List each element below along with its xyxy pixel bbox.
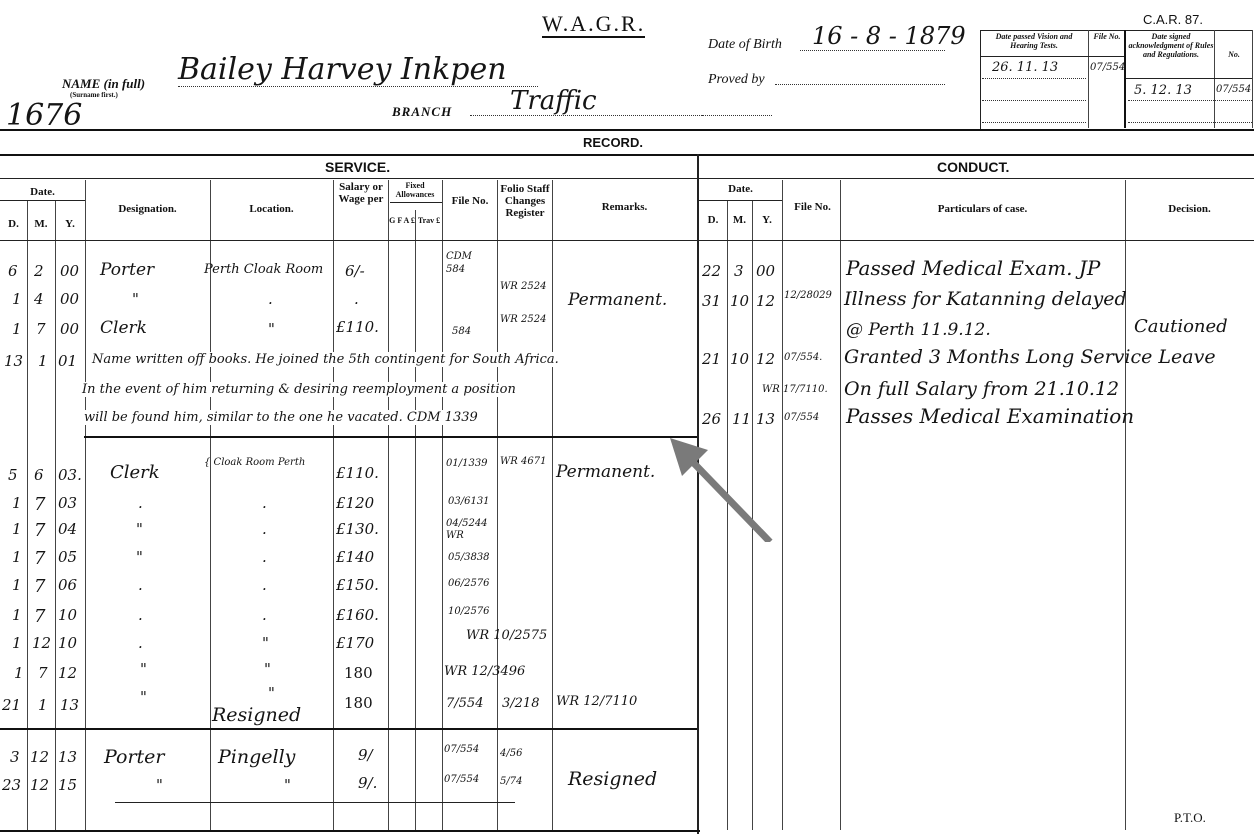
extra-field-line bbox=[702, 115, 772, 116]
folio-header: Folio Staff Changes Register bbox=[498, 183, 552, 219]
proved-by-field-line bbox=[775, 84, 945, 85]
gfa-header: G F A £ bbox=[389, 216, 415, 225]
svc-col-m bbox=[55, 200, 56, 830]
svc-row-5-salary: £120 bbox=[336, 494, 374, 512]
svc-row-7-location: . bbox=[262, 548, 267, 566]
svc-row-4-d: 5 bbox=[8, 466, 18, 484]
svc-row-15-m: 12 bbox=[30, 776, 49, 794]
svc-row-5-designation: . bbox=[138, 494, 143, 512]
bottom-rule bbox=[0, 830, 700, 832]
cnd-row-0-m: 3 bbox=[734, 262, 744, 280]
svc-date-subrule bbox=[0, 200, 85, 201]
svc-row-10-y: 10 bbox=[58, 634, 77, 652]
svc-col-gfa bbox=[415, 210, 416, 830]
svc-row-11-d: 1 bbox=[14, 664, 24, 682]
svc-row-2-y: 00 bbox=[60, 320, 79, 338]
svc-row-9-salary: £160. bbox=[336, 606, 379, 624]
svc-row-1-designation: " bbox=[132, 290, 139, 308]
svc-row-8-location: . bbox=[262, 576, 267, 594]
svc-row-15-location: " bbox=[284, 776, 291, 794]
dob-value[interactable]: 16 - 8 - 1879 bbox=[812, 22, 966, 50]
cnd-row-5-d: 26 bbox=[702, 410, 721, 428]
svc-row-11-y: 12 bbox=[58, 664, 77, 682]
cnd-row-5-m: 11 bbox=[732, 410, 751, 428]
svc-row-7-designation: " bbox=[136, 548, 143, 566]
svc-row-3-m: 1 bbox=[38, 352, 48, 370]
cnd-row-1-particulars: Illness for Katanning delayed bbox=[844, 288, 1127, 310]
svc-row-6-d: 1 bbox=[12, 520, 22, 538]
final-underline bbox=[115, 802, 515, 803]
tests-line-4 bbox=[1128, 100, 1252, 101]
svc-row-8-d: 1 bbox=[12, 576, 22, 594]
cnd-row-1-file: 12/28029 bbox=[784, 290, 832, 301]
svc-row-12-y: 13 bbox=[60, 696, 79, 714]
svc-row-14-m: 12 bbox=[30, 748, 49, 766]
svc-row-7-salary: £140 bbox=[336, 548, 374, 566]
svc-row-0-y: 00 bbox=[60, 262, 79, 280]
svc-row-11-m: 7 bbox=[38, 664, 48, 682]
svc-row-8-file: 06/2576 bbox=[448, 578, 490, 589]
svc-row-3-note-line1: Name written off books. He joined the 5t… bbox=[92, 352, 561, 367]
cnd-row-3-particulars: Granted 3 Months Long Service Leave bbox=[844, 346, 1216, 368]
svc-row-0-salary: 6/- bbox=[345, 262, 365, 280]
record-top-rule bbox=[0, 129, 1254, 131]
svc-fixed-subrule bbox=[390, 202, 442, 203]
org-title: W.A.G.R. bbox=[542, 12, 645, 38]
svc-m-header: M. bbox=[27, 218, 55, 230]
svc-row-15-y: 15 bbox=[58, 776, 77, 794]
svc-row-9-d: 1 bbox=[12, 606, 22, 624]
svc-row-8-y: 06 bbox=[58, 576, 77, 594]
tests-divider-2 bbox=[1124, 30, 1126, 128]
svc-row-5-d: 1 bbox=[12, 494, 22, 512]
svc-row-6-salary: £130. bbox=[336, 520, 379, 538]
svc-row-14-y: 13 bbox=[58, 748, 77, 766]
svc-row-4-folio: WR 4671 bbox=[500, 456, 548, 468]
svc-row-4-m: 6 bbox=[34, 466, 44, 484]
tests-line-2 bbox=[982, 100, 1086, 101]
tests-col3-header: Date signed acknowledgment of Rules and … bbox=[1128, 32, 1214, 59]
svc-row-4-location: { Cloak Room Perth bbox=[204, 456, 329, 469]
svc-row-9-location: . bbox=[262, 606, 267, 624]
svc-col-folio bbox=[552, 180, 553, 830]
record-number: 1676 bbox=[6, 98, 82, 133]
svc-row-14-file: 07/554 bbox=[444, 744, 494, 756]
cnd-row-3-file: 07/554. bbox=[784, 352, 822, 363]
svc-row-12-m: 1 bbox=[38, 696, 48, 714]
cnd-row-2-particulars: @ Perth 11.9.12. bbox=[846, 320, 991, 340]
svc-row-6-designation: " bbox=[136, 520, 143, 538]
svc-row-1-y: 00 bbox=[60, 290, 79, 308]
remarks-header: Remarks. bbox=[552, 201, 697, 213]
svc-row-5-location: . bbox=[262, 494, 267, 512]
svc-row-0-d: 6 bbox=[8, 262, 18, 280]
cnd-row-1-m: 10 bbox=[730, 292, 749, 310]
svc-row-8-designation: . bbox=[138, 576, 143, 594]
form-code: C.A.R. 87. bbox=[1143, 12, 1203, 27]
cnd-col-y bbox=[782, 180, 783, 830]
svc-row-6-m: 7 bbox=[34, 520, 45, 541]
svc-row-3-y: 01 bbox=[58, 352, 77, 370]
svc-d-header: D. bbox=[0, 218, 27, 230]
svc-row-9-file: 10/2576 bbox=[448, 606, 490, 617]
cnd-row-4-file: WR 17/7110. bbox=[762, 384, 828, 395]
svc-row-7-m: 7 bbox=[34, 548, 45, 569]
tests-divider-4 bbox=[1252, 30, 1253, 128]
particulars-header: Particulars of case. bbox=[840, 203, 1125, 215]
name-value[interactable]: Bailey Harvey Inkpen bbox=[178, 52, 507, 87]
svc-row-2-location: " bbox=[268, 320, 275, 338]
cnd-row-3-d: 21 bbox=[702, 350, 721, 368]
tests-divider-3 bbox=[1214, 30, 1215, 128]
svc-row-1-m: 4 bbox=[34, 290, 44, 308]
svc-row-10-d: 1 bbox=[12, 634, 22, 652]
svc-row-14-salary: 9/ bbox=[358, 746, 373, 764]
record-label: RECORD. bbox=[583, 135, 643, 150]
tests-header-rule-left bbox=[980, 56, 1124, 57]
tests-divider-1 bbox=[1088, 30, 1089, 128]
resigned-rule bbox=[0, 728, 697, 730]
dob-field-line bbox=[800, 50, 945, 51]
svc-row-12-remarks: WR 12/7110 bbox=[556, 694, 637, 709]
svc-row-6-file: 04/5244 WR bbox=[446, 518, 496, 542]
svc-row-3-note-line2: In the event of him returning & desiring… bbox=[82, 382, 518, 397]
svc-row-1-location: . bbox=[268, 290, 273, 308]
cnd-row-5-file: 07/554 bbox=[784, 412, 819, 423]
tests-line-1 bbox=[982, 78, 1086, 79]
cnd-row-0-particulars: Passed Medical Exam. JP bbox=[846, 256, 1100, 280]
svc-row-6-location: . bbox=[262, 520, 267, 538]
vision-test-date: 26. 11. 13 bbox=[992, 60, 1058, 75]
svc-row-1-d: 1 bbox=[12, 290, 22, 308]
cnd-m-header: M. bbox=[727, 214, 752, 226]
svc-row-10-file: WR 10/2575 bbox=[466, 628, 547, 643]
section-title-rule bbox=[0, 178, 1254, 179]
svc-row-1-salary: . bbox=[354, 290, 359, 308]
svc-row-2-file: 584 bbox=[452, 326, 471, 337]
svc-row-11-location: " bbox=[264, 660, 271, 678]
svc-row-5-file: 03/6131 bbox=[448, 496, 490, 507]
svc-row-6-y: 04 bbox=[58, 520, 77, 538]
svc-row-3-note-line3: will be found him, similar to the one he… bbox=[84, 410, 480, 425]
cnd-d-header: D. bbox=[699, 214, 727, 226]
svc-row-14-location: Pingelly bbox=[218, 746, 295, 768]
svc-row-4-salary: £110. bbox=[336, 464, 379, 482]
svc-row-10-m: 12 bbox=[32, 634, 51, 652]
svc-row-7-d: 1 bbox=[12, 548, 22, 566]
svc-row-9-y: 10 bbox=[58, 606, 77, 624]
svc-row-8-m: 7 bbox=[34, 576, 45, 597]
svc-row-9-m: 7 bbox=[34, 606, 45, 627]
svc-row-4-file: 01/1339 bbox=[446, 458, 494, 470]
svc-row-15-designation: " bbox=[156, 776, 163, 794]
svc-col-salary bbox=[388, 180, 389, 830]
tests-col4-header: No. bbox=[1216, 50, 1252, 59]
svc-row-10-designation: . bbox=[138, 634, 143, 652]
cnd-file-header: File No. bbox=[790, 201, 835, 213]
decision-header: Decision. bbox=[1125, 203, 1254, 215]
pto-label: P.T.O. bbox=[1174, 810, 1206, 826]
svc-row-15-salary: 9/. bbox=[358, 774, 377, 792]
salary-header: Salary or Wage per bbox=[336, 181, 386, 205]
svc-row-5-y: 03 bbox=[58, 494, 77, 512]
cnd-row-3-m: 10 bbox=[730, 350, 749, 368]
svc-row-12-d: 21 bbox=[2, 696, 21, 714]
svc-row-8-salary: £150. bbox=[336, 576, 379, 594]
tests-line-5 bbox=[1128, 122, 1252, 123]
svc-date-header: Date. bbox=[0, 186, 85, 198]
svc-row-12-location: " bbox=[268, 684, 275, 702]
cnd-row-0-y: 00 bbox=[756, 262, 775, 280]
svc-row-2-designation: Clerk bbox=[100, 318, 147, 338]
svc-row-15-file: 07/554 bbox=[444, 774, 479, 785]
svc-row-7-y: 05 bbox=[58, 548, 77, 566]
proved-by-label: Proved by bbox=[708, 72, 765, 88]
svc-row-12-folio: 3/218 bbox=[502, 696, 539, 711]
tests-col2-header: File No. bbox=[1090, 32, 1124, 41]
cnd-row-0-d: 22 bbox=[702, 262, 721, 280]
tests-line-3 bbox=[982, 122, 1086, 123]
conduct-title: CONDUCT. bbox=[937, 159, 1009, 175]
svc-row-15-folio: 5/74 bbox=[500, 776, 522, 787]
svc-col-d bbox=[27, 200, 28, 830]
svc-row-0-designation: Porter bbox=[100, 260, 154, 280]
cnd-row-4-particulars: On full Salary from 21.10.12 bbox=[844, 378, 1119, 400]
svc-row-10-location: " bbox=[262, 634, 269, 652]
rules-signed-no: 07/554 bbox=[1216, 84, 1251, 95]
svc-row-0-location: Perth Cloak Room bbox=[204, 262, 323, 277]
svc-row-2-m: 7 bbox=[36, 320, 46, 338]
svc-row-12-file: 7/554 bbox=[446, 696, 483, 711]
svc-row-7-file: 05/3838 bbox=[448, 552, 490, 563]
svc-resigned-note: Resigned bbox=[212, 704, 301, 726]
svc-y-header: Y. bbox=[55, 218, 85, 230]
service-title: SERVICE. bbox=[325, 159, 390, 175]
cnd-row-5-y: 13 bbox=[756, 410, 775, 428]
svc-row-12-salary: 180 bbox=[344, 694, 373, 712]
svc-col-trav bbox=[442, 180, 443, 830]
svc-row-2-salary: £110. bbox=[336, 318, 379, 336]
header-bottom-rule bbox=[0, 240, 1254, 241]
svc-row-4-designation: Clerk bbox=[110, 462, 160, 483]
svc-row-10-salary: £170 bbox=[336, 634, 374, 652]
svc-row-2-folio: WR 2524 bbox=[500, 314, 548, 326]
svc-row-5-m: 7 bbox=[34, 494, 45, 515]
svc-row-15-remarks: Resigned bbox=[568, 768, 657, 790]
designation-header: Designation. bbox=[85, 203, 210, 215]
svc-row-14-designation: Porter bbox=[104, 746, 165, 768]
svc-row-14-d: 3 bbox=[10, 748, 20, 766]
tests-header-rule-right bbox=[1126, 78, 1252, 79]
rules-signed-date: 5. 12. 13 bbox=[1134, 83, 1192, 98]
cnd-y-header: Y. bbox=[752, 214, 782, 226]
svc-row-1-remarks: Permanent. bbox=[568, 290, 667, 310]
svc-col-y bbox=[85, 180, 86, 830]
name-label: NAME (in full) bbox=[62, 76, 145, 92]
svc-col-designation bbox=[210, 180, 211, 830]
trav-header: Trav £ bbox=[416, 216, 442, 225]
branch-value[interactable]: Traffic bbox=[510, 86, 597, 116]
file-no-header: File No. bbox=[450, 195, 490, 207]
cnd-row-2-decision: Cautioned bbox=[1134, 316, 1228, 337]
svc-row-12-designation: " bbox=[140, 688, 147, 706]
svc-row-3-d: 13 bbox=[4, 352, 23, 370]
svc-row-2-d: 1 bbox=[12, 320, 22, 338]
record-bottom-rule bbox=[0, 154, 1254, 156]
branch-label: BRANCH bbox=[392, 104, 452, 120]
cnd-row-5-particulars: Passes Medical Examination bbox=[846, 404, 1134, 428]
cnd-row-1-y: 12 bbox=[756, 292, 775, 310]
svc-row-1-folio: WR 2524 bbox=[500, 280, 548, 293]
svc-row-11-designation: " bbox=[140, 660, 147, 678]
svc-row-11-file: WR 12/3496 bbox=[444, 664, 525, 679]
note-underline bbox=[84, 436, 697, 438]
cnd-date-subrule bbox=[699, 200, 782, 201]
svc-row-15-d: 23 bbox=[2, 776, 21, 794]
cnd-row-3-y: 12 bbox=[756, 350, 775, 368]
dob-label: Date of Birth bbox=[708, 37, 782, 53]
svc-row-4-remarks: Permanent. bbox=[556, 462, 655, 482]
cnd-date-header: Date. bbox=[699, 183, 782, 195]
cnd-row-1-d: 31 bbox=[702, 292, 721, 310]
svc-row-4-y: 03. bbox=[58, 466, 82, 484]
annotation-arrow-icon bbox=[660, 432, 780, 542]
location-header: Location. bbox=[210, 203, 333, 215]
svc-row-0-m: 2 bbox=[34, 262, 44, 280]
svc-row-9-designation: . bbox=[138, 606, 143, 624]
svc-col-location bbox=[333, 180, 334, 830]
tests-col1-header: Date passed Vision and Hearing Tests. bbox=[984, 32, 1084, 50]
fixed-allowances-header: Fixed Allowances bbox=[388, 181, 442, 199]
cnd-col-file bbox=[840, 180, 841, 830]
svc-col-file bbox=[497, 180, 498, 830]
svc-row-14-folio: 4/56 bbox=[500, 748, 522, 759]
cnd-col-particulars bbox=[1125, 180, 1126, 830]
svc-row-11-salary: 180 bbox=[344, 664, 373, 682]
svc-row-0-file: CDM 584 bbox=[446, 250, 494, 276]
vision-test-file: 07/554 bbox=[1090, 62, 1125, 73]
